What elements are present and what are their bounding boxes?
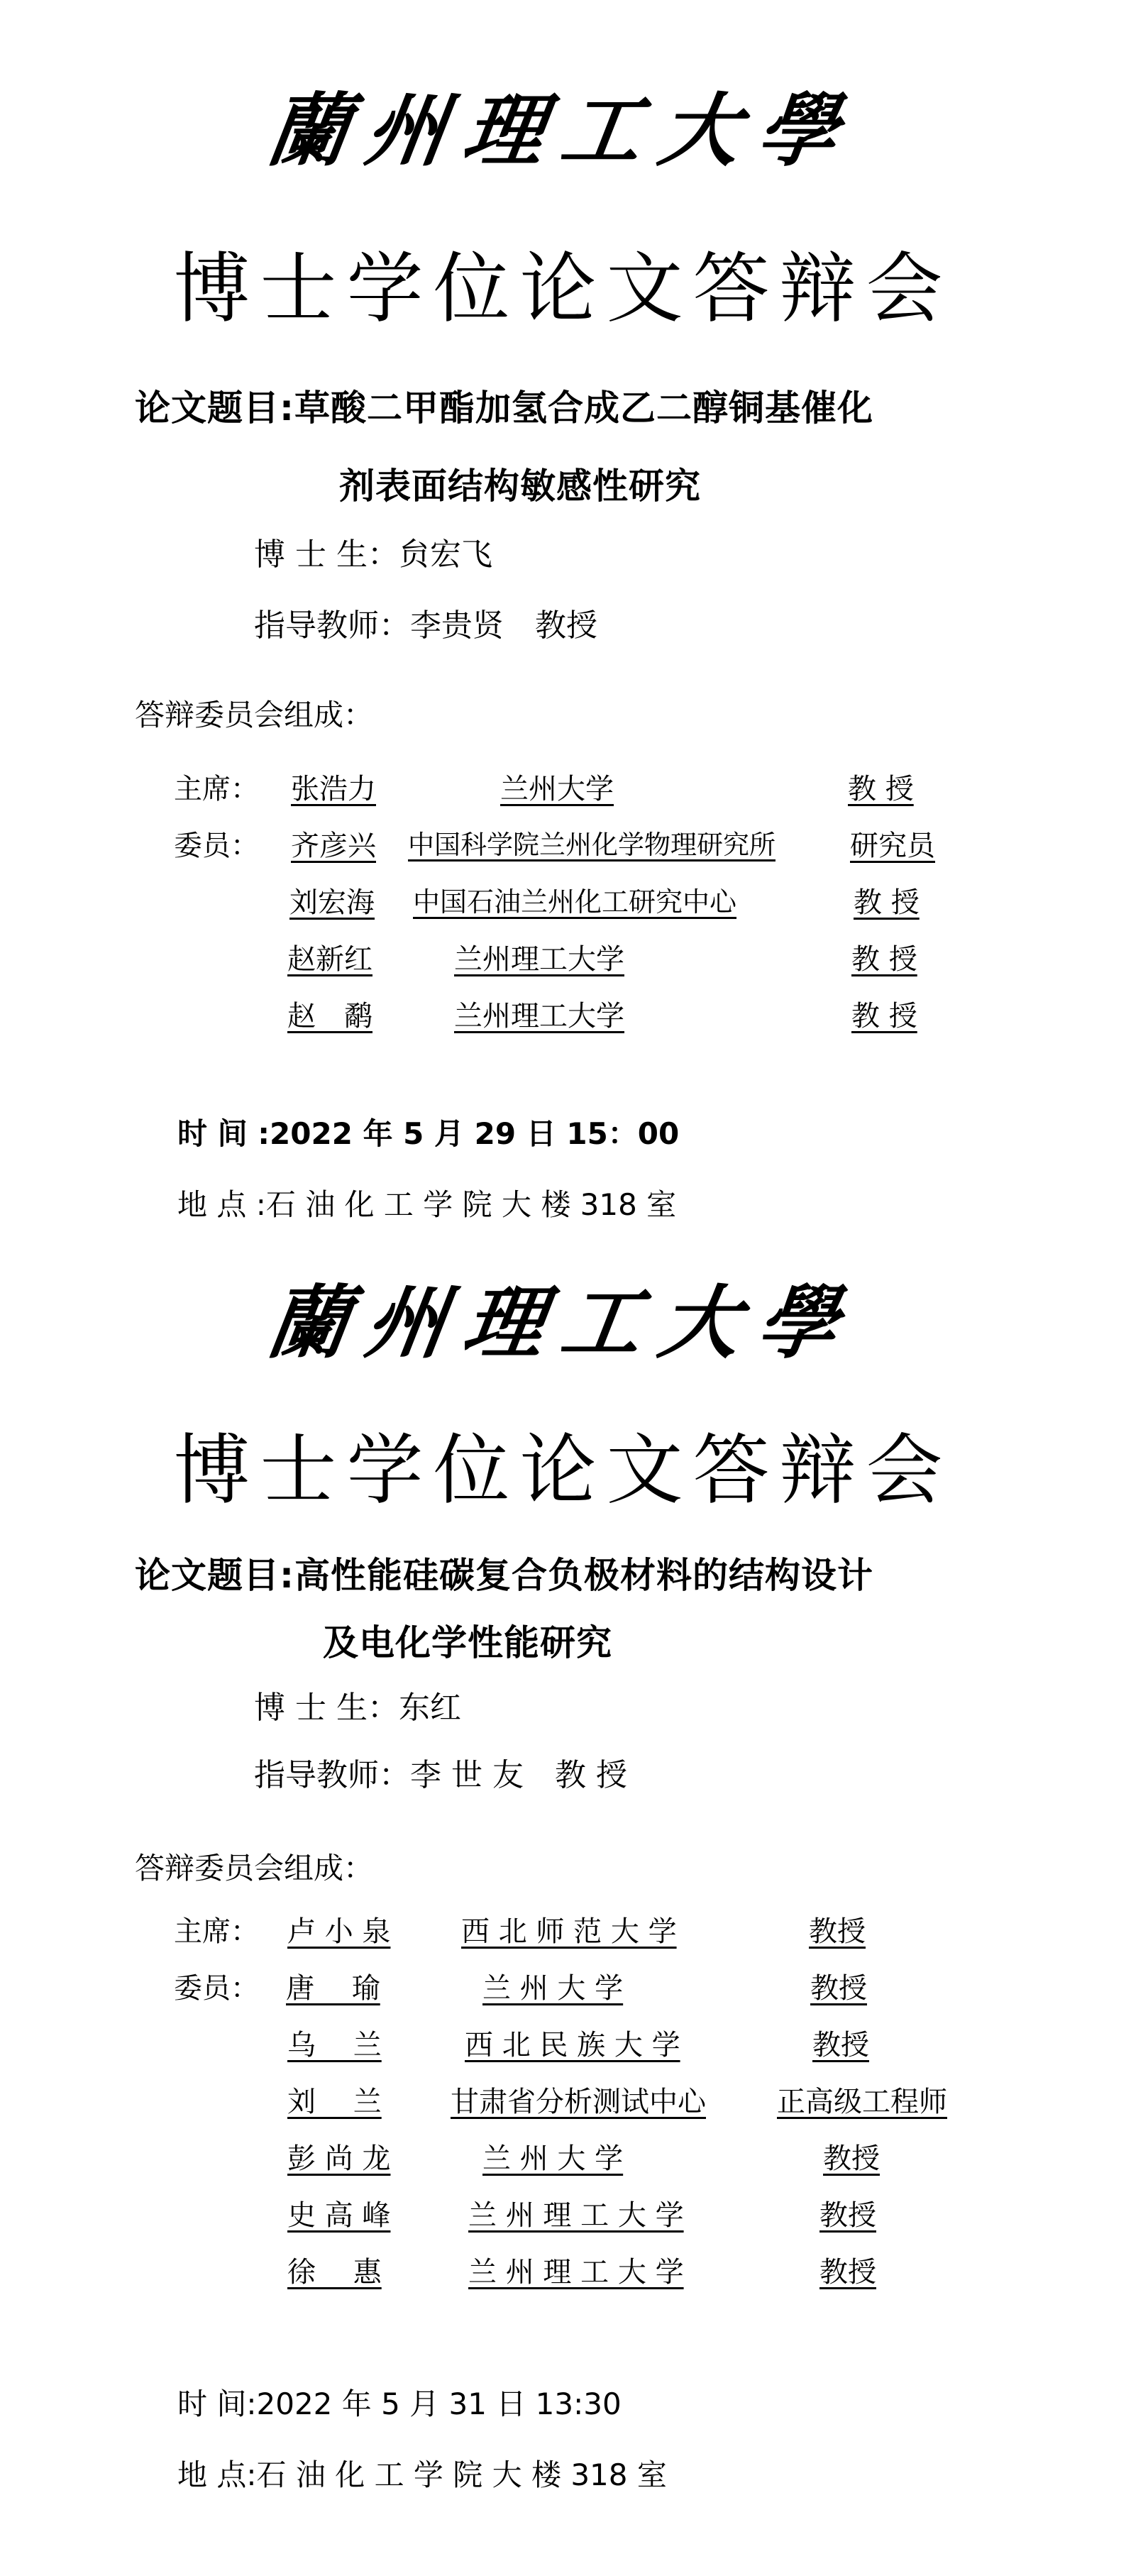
member-name: 乌 兰 <box>287 2022 382 2063</box>
member-title: 教 授 <box>848 766 914 807</box>
committee-heading: 答辩委员会组成： <box>135 692 373 734</box>
member-institution: 甘肃省分析测试中心 <box>451 2079 706 2120</box>
member-title: 教 授 <box>854 880 920 920</box>
member-name: 刘 兰 <box>287 2079 382 2120</box>
defense-place: 地 点:石 油 化 工 学 院 大 楼 318 室 <box>177 2452 667 2494</box>
member-name: 刘宏海 <box>289 880 375 920</box>
member-title: 教授 <box>812 2022 869 2063</box>
defense-time: 时 间:2022 年 5 月 31 日 13:30 <box>177 2381 622 2423</box>
advisor-label: 指导教师： <box>254 1757 410 1793</box>
member-title: 教授 <box>819 2250 876 2290</box>
member-institution: 兰 州 大 学 <box>482 1966 623 2006</box>
member-institution: 兰 州 理 工 大 学 <box>468 2250 684 2290</box>
member-institution: 西 北 师 范 大 学 <box>461 1909 677 1949</box>
advisor-name: 李贵贤 教授 <box>410 607 597 644</box>
member-institution: 西 北 民 族 大 学 <box>465 2022 680 2063</box>
committee-row: 赵新红 兰州理工大学 教 授 <box>0 937 1126 979</box>
time-label: 时 间: <box>177 2387 257 2421</box>
committee-row: 刘 兰 甘肃省分析测试中心 正高级工程师 <box>0 2079 1126 2122</box>
member-title: 教 授 <box>851 993 917 1034</box>
member-institution: 兰州理工大学 <box>454 937 624 977</box>
member-name: 张浩力 <box>291 766 376 807</box>
student-line: 博 士 生：贠宏飞 <box>254 529 492 574</box>
place-value: 石 油 化 工 学 院 大 楼 318 室 <box>257 2457 667 2492</box>
member-institution: 兰 州 理 工 大 学 <box>468 2193 684 2233</box>
member-title: 教授 <box>819 2193 876 2233</box>
thesis-title-text: 草酸二甲酯加氢合成乙二醇铜基催化 <box>294 387 873 429</box>
place-label: 地 点: <box>177 2457 257 2492</box>
place-value: 石 油 化 工 学 院 大 楼 318 室 <box>266 1187 676 1222</box>
member-title: 正高级工程师 <box>777 2079 947 2120</box>
place-label: 地 点 : <box>177 1187 266 1222</box>
committee-row: 史 高 峰 兰 州 理 工 大 学 教授 <box>0 2193 1126 2235</box>
student-name: 贠宏飞 <box>399 536 492 573</box>
page-title: 博士学位论文答辩会 <box>0 227 1126 337</box>
thesis-title-line-2: 及电化学性能研究 <box>323 1614 612 1666</box>
defense-place: 地 点 :石 油 化 工 学 院 大 楼 318 室 <box>177 1182 676 1224</box>
advisor-line: 指导教师：李 世 友 教 授 <box>254 1749 627 1795</box>
member-institution: 兰 州 大 学 <box>482 2136 623 2176</box>
committee-row: 彭 尚 龙 兰 州 大 学 教授 <box>0 2136 1126 2179</box>
committee-row: 张浩力 兰州大学 教 授 <box>0 766 1126 809</box>
thesis-label: 论文题目: <box>135 1555 294 1596</box>
member-institution: 兰州大学 <box>500 766 614 807</box>
member-name: 史 高 峰 <box>287 2193 390 2233</box>
member-name: 唐 瑜 <box>286 1966 380 2006</box>
time-value: 2022 年 5 月 29 日 15：00 <box>270 1116 679 1151</box>
advisor-name: 李 世 友 教 授 <box>410 1757 627 1793</box>
thesis-label: 论文题目: <box>135 387 294 429</box>
university-calligraphy-logo: 蘭州理工大學 <box>0 67 1126 182</box>
committee-row: 乌 兰 西 北 民 族 大 学 教授 <box>0 2022 1126 2065</box>
member-title: 研究员 <box>850 823 935 864</box>
committee-heading: 答辩委员会组成： <box>135 1845 373 1888</box>
committee-row: 齐彦兴 中国科学院兰州化学物理研究所 研究员 <box>0 823 1126 866</box>
university-calligraphy-logo: 蘭州理工大學 <box>0 1260 1126 1374</box>
student-label: 博 士 生： <box>254 536 399 573</box>
thesis-title-text: 高性能硅碳复合负极材料的结构设计 <box>294 1555 873 1596</box>
committee-row: 徐 惠 兰 州 理 工 大 学 教授 <box>0 2250 1126 2292</box>
committee-row: 刘宏海 中国石油兰州化工研究中心 教 授 <box>0 880 1126 923</box>
time-value: 2022 年 5 月 31 日 13:30 <box>257 2387 622 2421</box>
member-institution: 中国科学院兰州化学物理研究所 <box>408 823 775 862</box>
member-title: 教 授 <box>851 937 917 977</box>
student-label: 博 士 生： <box>254 1690 399 1726</box>
thesis-title-line-2: 剂表面结构敏感性研究 <box>339 458 701 509</box>
advisor-label: 指导教师： <box>254 607 410 644</box>
member-name: 徐 惠 <box>287 2250 382 2290</box>
member-institution: 中国石油兰州化工研究中心 <box>413 880 736 919</box>
member-institution: 兰州理工大学 <box>454 993 624 1034</box>
member-name: 卢 小 泉 <box>287 1909 390 1949</box>
member-name: 赵新红 <box>287 937 372 977</box>
member-name: 彭 尚 龙 <box>287 2136 390 2176</box>
member-name: 赵 鹬 <box>287 993 372 1034</box>
defense-time: 时 间 :2022 年 5 月 29 日 15：00 <box>177 1111 679 1153</box>
committee-row: 卢 小 泉 西 北 师 范 大 学 教授 <box>0 1909 1126 1952</box>
member-title: 教授 <box>810 1966 867 2006</box>
thesis-title-line-1: 论文题目:高性能硅碳复合负极材料的结构设计 <box>135 1547 873 1598</box>
member-title: 教授 <box>809 1909 866 1949</box>
student-name: 东红 <box>399 1690 461 1726</box>
time-label: 时 间 : <box>177 1116 270 1151</box>
student-line: 博 士 生：东红 <box>254 1682 461 1727</box>
member-title: 教授 <box>823 2136 880 2176</box>
page-title: 博士学位论文答辩会 <box>0 1409 1126 1519</box>
committee-row: 赵 鹬 兰州理工大学 教 授 <box>0 993 1126 1036</box>
thesis-title-line-1: 论文题目:草酸二甲酯加氢合成乙二醇铜基催化 <box>135 380 873 431</box>
committee-row: 唐 瑜 兰 州 大 学 教授 <box>0 1966 1126 2008</box>
member-name: 齐彦兴 <box>291 823 376 864</box>
advisor-line: 指导教师：李贵贤 教授 <box>254 600 597 645</box>
